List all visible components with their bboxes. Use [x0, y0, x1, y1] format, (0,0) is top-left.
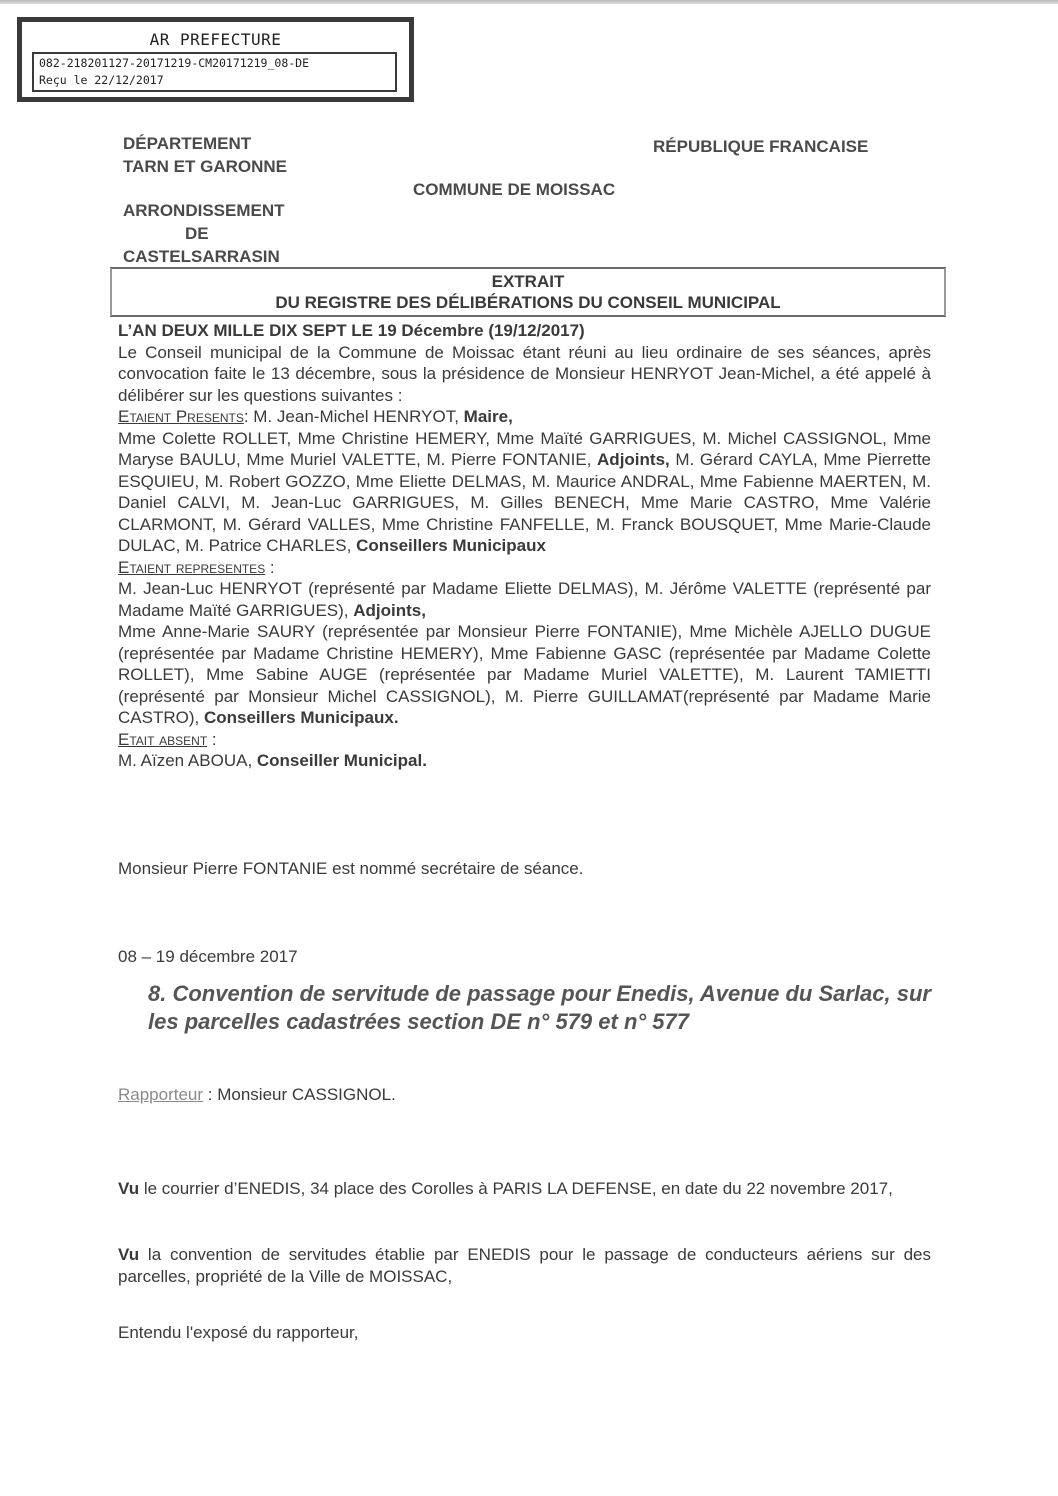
maire-name: : M. Jean-Michel HENRYOT, [244, 407, 464, 426]
representes-label: Etaient representes [118, 558, 265, 577]
stamp-title: AR PREFECTURE [22, 30, 409, 49]
rapporteur-line: Rapporteur : Monsieur CASSIGNOL. [118, 1084, 931, 1106]
deliberation-reference: 08 – 19 décembre 2017 [118, 946, 931, 968]
arrondissement-label: ARRONDISSEMENT [123, 199, 285, 222]
absent-colon: : [207, 730, 216, 749]
prefecture-stamp: AR PREFECTURE 082-218201127-20171219-CM2… [17, 17, 414, 102]
conseillers-role: Conseillers Municipaux [356, 536, 546, 555]
absent-label: Etait absent [118, 730, 207, 749]
departement-label: DÉPARTEMENT [123, 132, 287, 155]
vu-courrier: Vu le courrier d’ENEDIS, 34 place des Co… [118, 1178, 931, 1200]
stamp-reference: 082-218201127-20171219-CM20171219_08-DE [39, 55, 390, 72]
extrait-banner: EXTRAIT DU REGISTRE DES DÉLIBÉRATIONS DU… [110, 267, 946, 317]
departement-name: TARN ET GARONNE [123, 155, 287, 178]
session-intro: Le Conseil municipal de la Commune de Mo… [118, 342, 931, 407]
presents-list: Mme Colette ROLLET, Mme Christine HEMERY… [118, 428, 931, 557]
vu-convention: Vu la convention de servitudes établie p… [118, 1244, 931, 1287]
vu-courrier-text: le courrier d’ENEDIS, 34 place des Corol… [139, 1179, 893, 1198]
vu-prefix: Vu [118, 1179, 139, 1198]
scan-top-edge [0, 0, 1058, 4]
representes-adjoints-role: Adjoints, [353, 601, 426, 620]
arrondissement-block: ARRONDISSEMENT DE CASTELSARRASIN [123, 199, 285, 268]
entendu-line: Entendu l'exposé du rapporteur, [118, 1322, 931, 1344]
arrondissement-name: CASTELSARRASIN [123, 245, 285, 268]
absent-name: M. Aïzen ABOUA, [118, 751, 257, 770]
representes-colon: : [265, 558, 274, 577]
stamp-inner-box: 082-218201127-20171219-CM20171219_08-DE … [32, 52, 397, 92]
commune-name: COMMUNE DE MOISSAC [413, 178, 615, 201]
presents-label: Etaient Presents [118, 407, 244, 426]
absent-heading: Etait absent : [118, 729, 931, 751]
arrondissement-de: DE [123, 222, 285, 245]
deliberation-title: 8. Convention de servitude de passage po… [148, 980, 931, 1036]
rapporteur-label: Rapporteur [118, 1085, 203, 1104]
stamp-received-date: Reçu le 22/12/2017 [39, 72, 390, 89]
maire-role: Maire, [464, 407, 513, 426]
extrait-subtitle: DU REGISTRE DES DÉLIBÉRATIONS DU CONSEIL… [112, 292, 944, 313]
representes-adjoints: M. Jean-Luc HENRYOT (représenté par Mada… [118, 578, 931, 621]
representes-adjoints-names: M. Jean-Luc HENRYOT (représenté par Mada… [118, 579, 931, 620]
vu-prefix: Vu [118, 1245, 139, 1264]
representes-conseillers: Mme Anne-Marie SAURY (représentée par Mo… [118, 621, 931, 729]
departement-block: DÉPARTEMENT TARN ET GARONNE [123, 132, 287, 178]
representes-heading: Etaient representes : [118, 557, 931, 579]
rapporteur-value: : Monsieur CASSIGNOL. [203, 1085, 396, 1104]
absent-line: M. Aïzen ABOUA, Conseiller Municipal. [118, 750, 931, 772]
secretaire-line: Monsieur Pierre FONTANIE est nommé secré… [118, 858, 931, 880]
adjoints-role: Adjoints, [597, 450, 670, 469]
representes-conseillers-role: Conseillers Municipaux. [204, 708, 399, 727]
presents-maire-line: Etaient Presents: M. Jean-Michel HENRYOT… [118, 406, 931, 428]
extrait-title: EXTRAIT [112, 271, 944, 292]
session-date: L’AN DEUX MILLE DIX SEPT LE 19 Décembre … [118, 320, 931, 342]
absent-role: Conseiller Municipal. [257, 751, 427, 770]
republique-francaise: RÉPUBLIQUE FRANCAISE [653, 135, 868, 158]
session-section: L’AN DEUX MILLE DIX SEPT LE 19 Décembre … [118, 320, 931, 772]
vu-convention-text: la convention de servitudes établie par … [118, 1245, 931, 1286]
